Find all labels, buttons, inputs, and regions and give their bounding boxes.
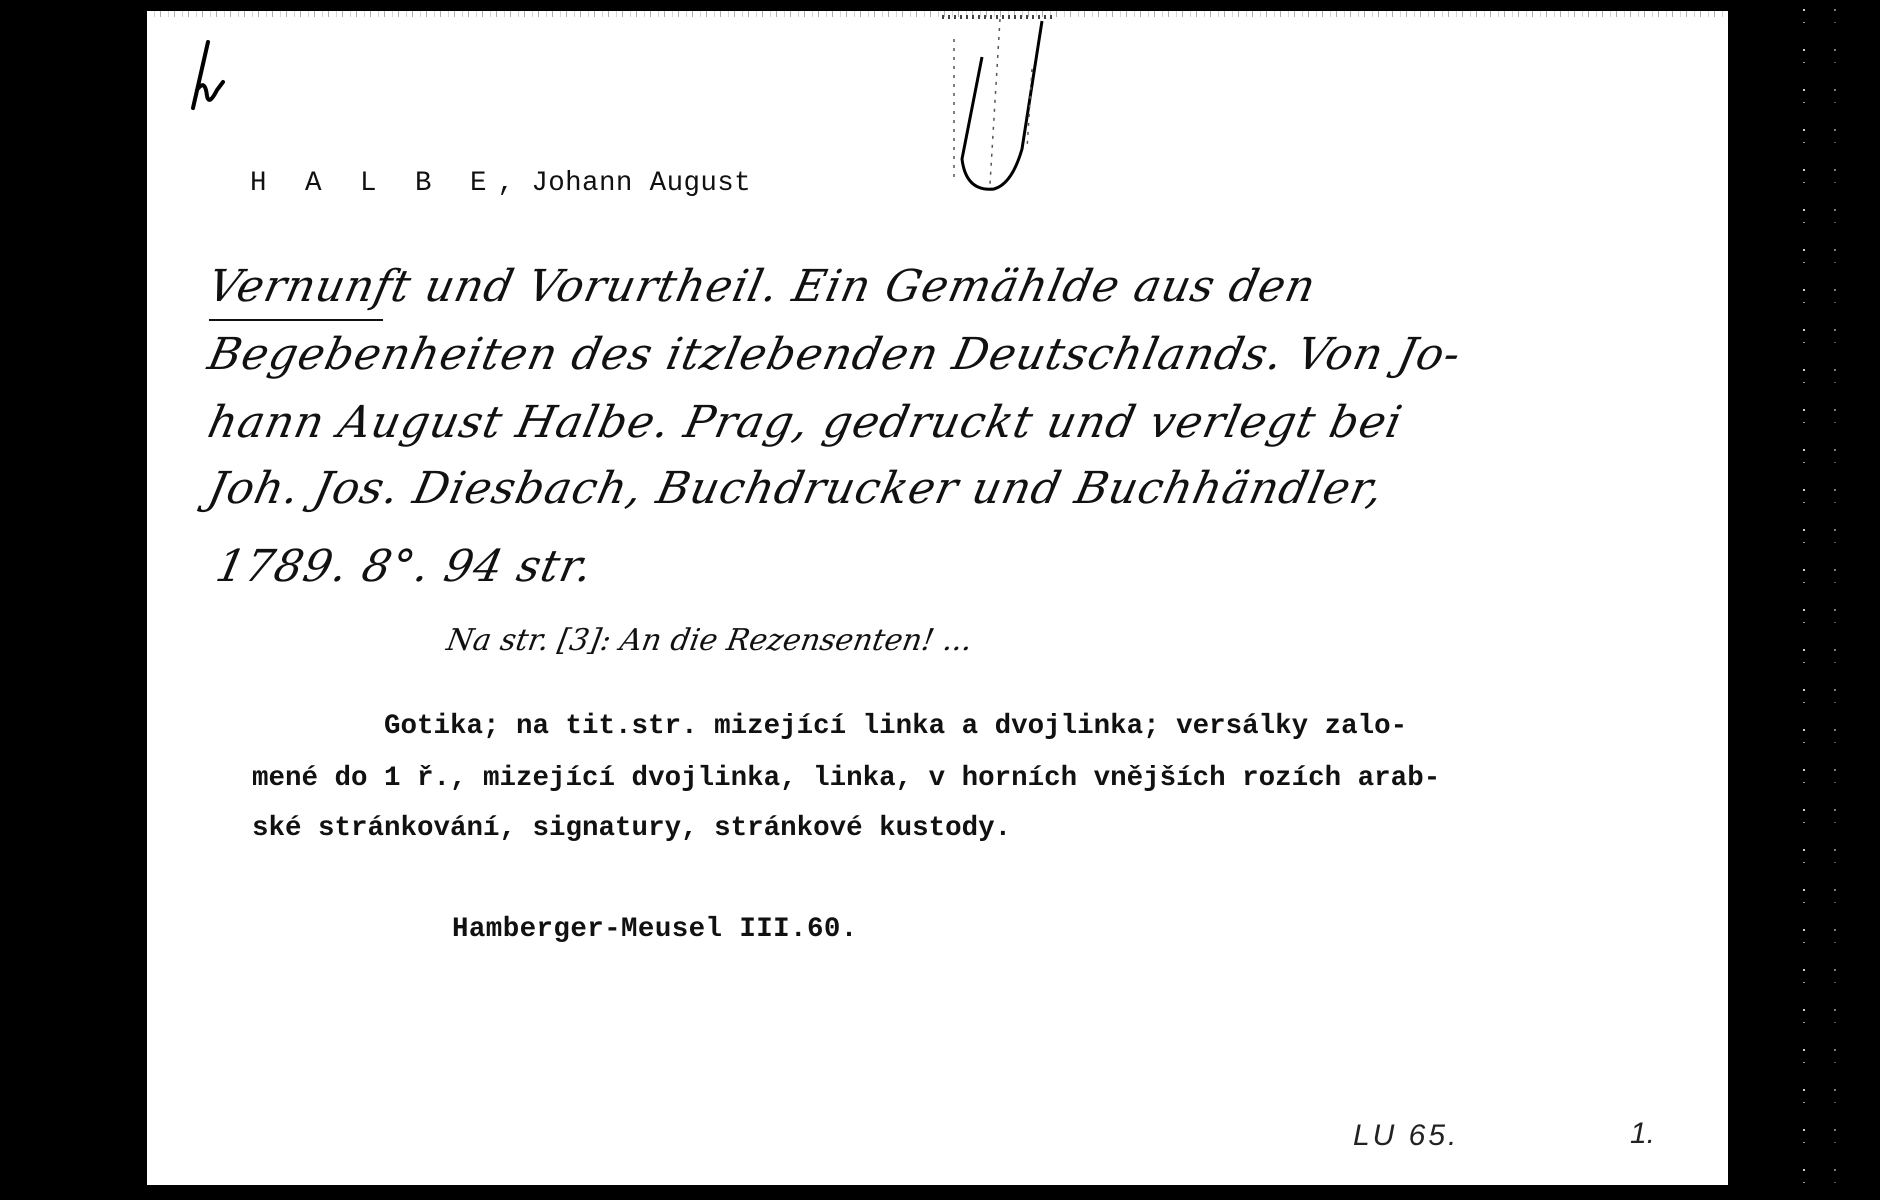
title-underline — [209, 319, 383, 321]
handwritten-note: Na str. [3]: An die Rezensenten! ... — [444, 623, 975, 658]
handwritten-title-line: Joh. Jos. Diesbach, Buchdrucker und Buch… — [204, 463, 1389, 514]
handwritten-title-line: Vernunft und Vorurtheil. Ein Gemählde au… — [204, 261, 1321, 312]
handwritten-title-line: 1789. 8°. 94 str. — [212, 541, 598, 592]
card-heading: H A L B E, Johann August — [250, 168, 751, 199]
shelf-mark: LU 65. — [1353, 1119, 1459, 1153]
scan-edge-dots — [1834, 0, 1836, 1200]
card-number: 1. — [1630, 1117, 1655, 1151]
scan-edge-dots — [1803, 0, 1805, 1200]
scan-noise — [147, 11, 1728, 17]
description-line: Gotika; na tit.str. mizející linka a dvo… — [252, 711, 1407, 742]
corner-hand-mark-icon — [183, 38, 243, 118]
author-surname: H A L B E — [250, 168, 498, 199]
bibliographic-reference: Hamberger-Meusel III.60. — [452, 914, 858, 945]
author-given-names: Johann August — [531, 168, 751, 199]
description-line: mené do 1 ř., mizející dvojlinka, linka,… — [252, 763, 1440, 794]
paper-clip-shadow-icon — [942, 11, 1052, 199]
handwritten-title-line: hann August Halbe. Prag, gedruckt und ve… — [204, 397, 1407, 448]
catalog-card: H A L B E, Johann August Vernunft und Vo… — [147, 11, 1728, 1185]
handwritten-title-line: Begebenheiten des itzlebenden Deutschlan… — [204, 329, 1466, 380]
description-line: ské stránkování, signatury, stránkové ku… — [252, 813, 1011, 844]
